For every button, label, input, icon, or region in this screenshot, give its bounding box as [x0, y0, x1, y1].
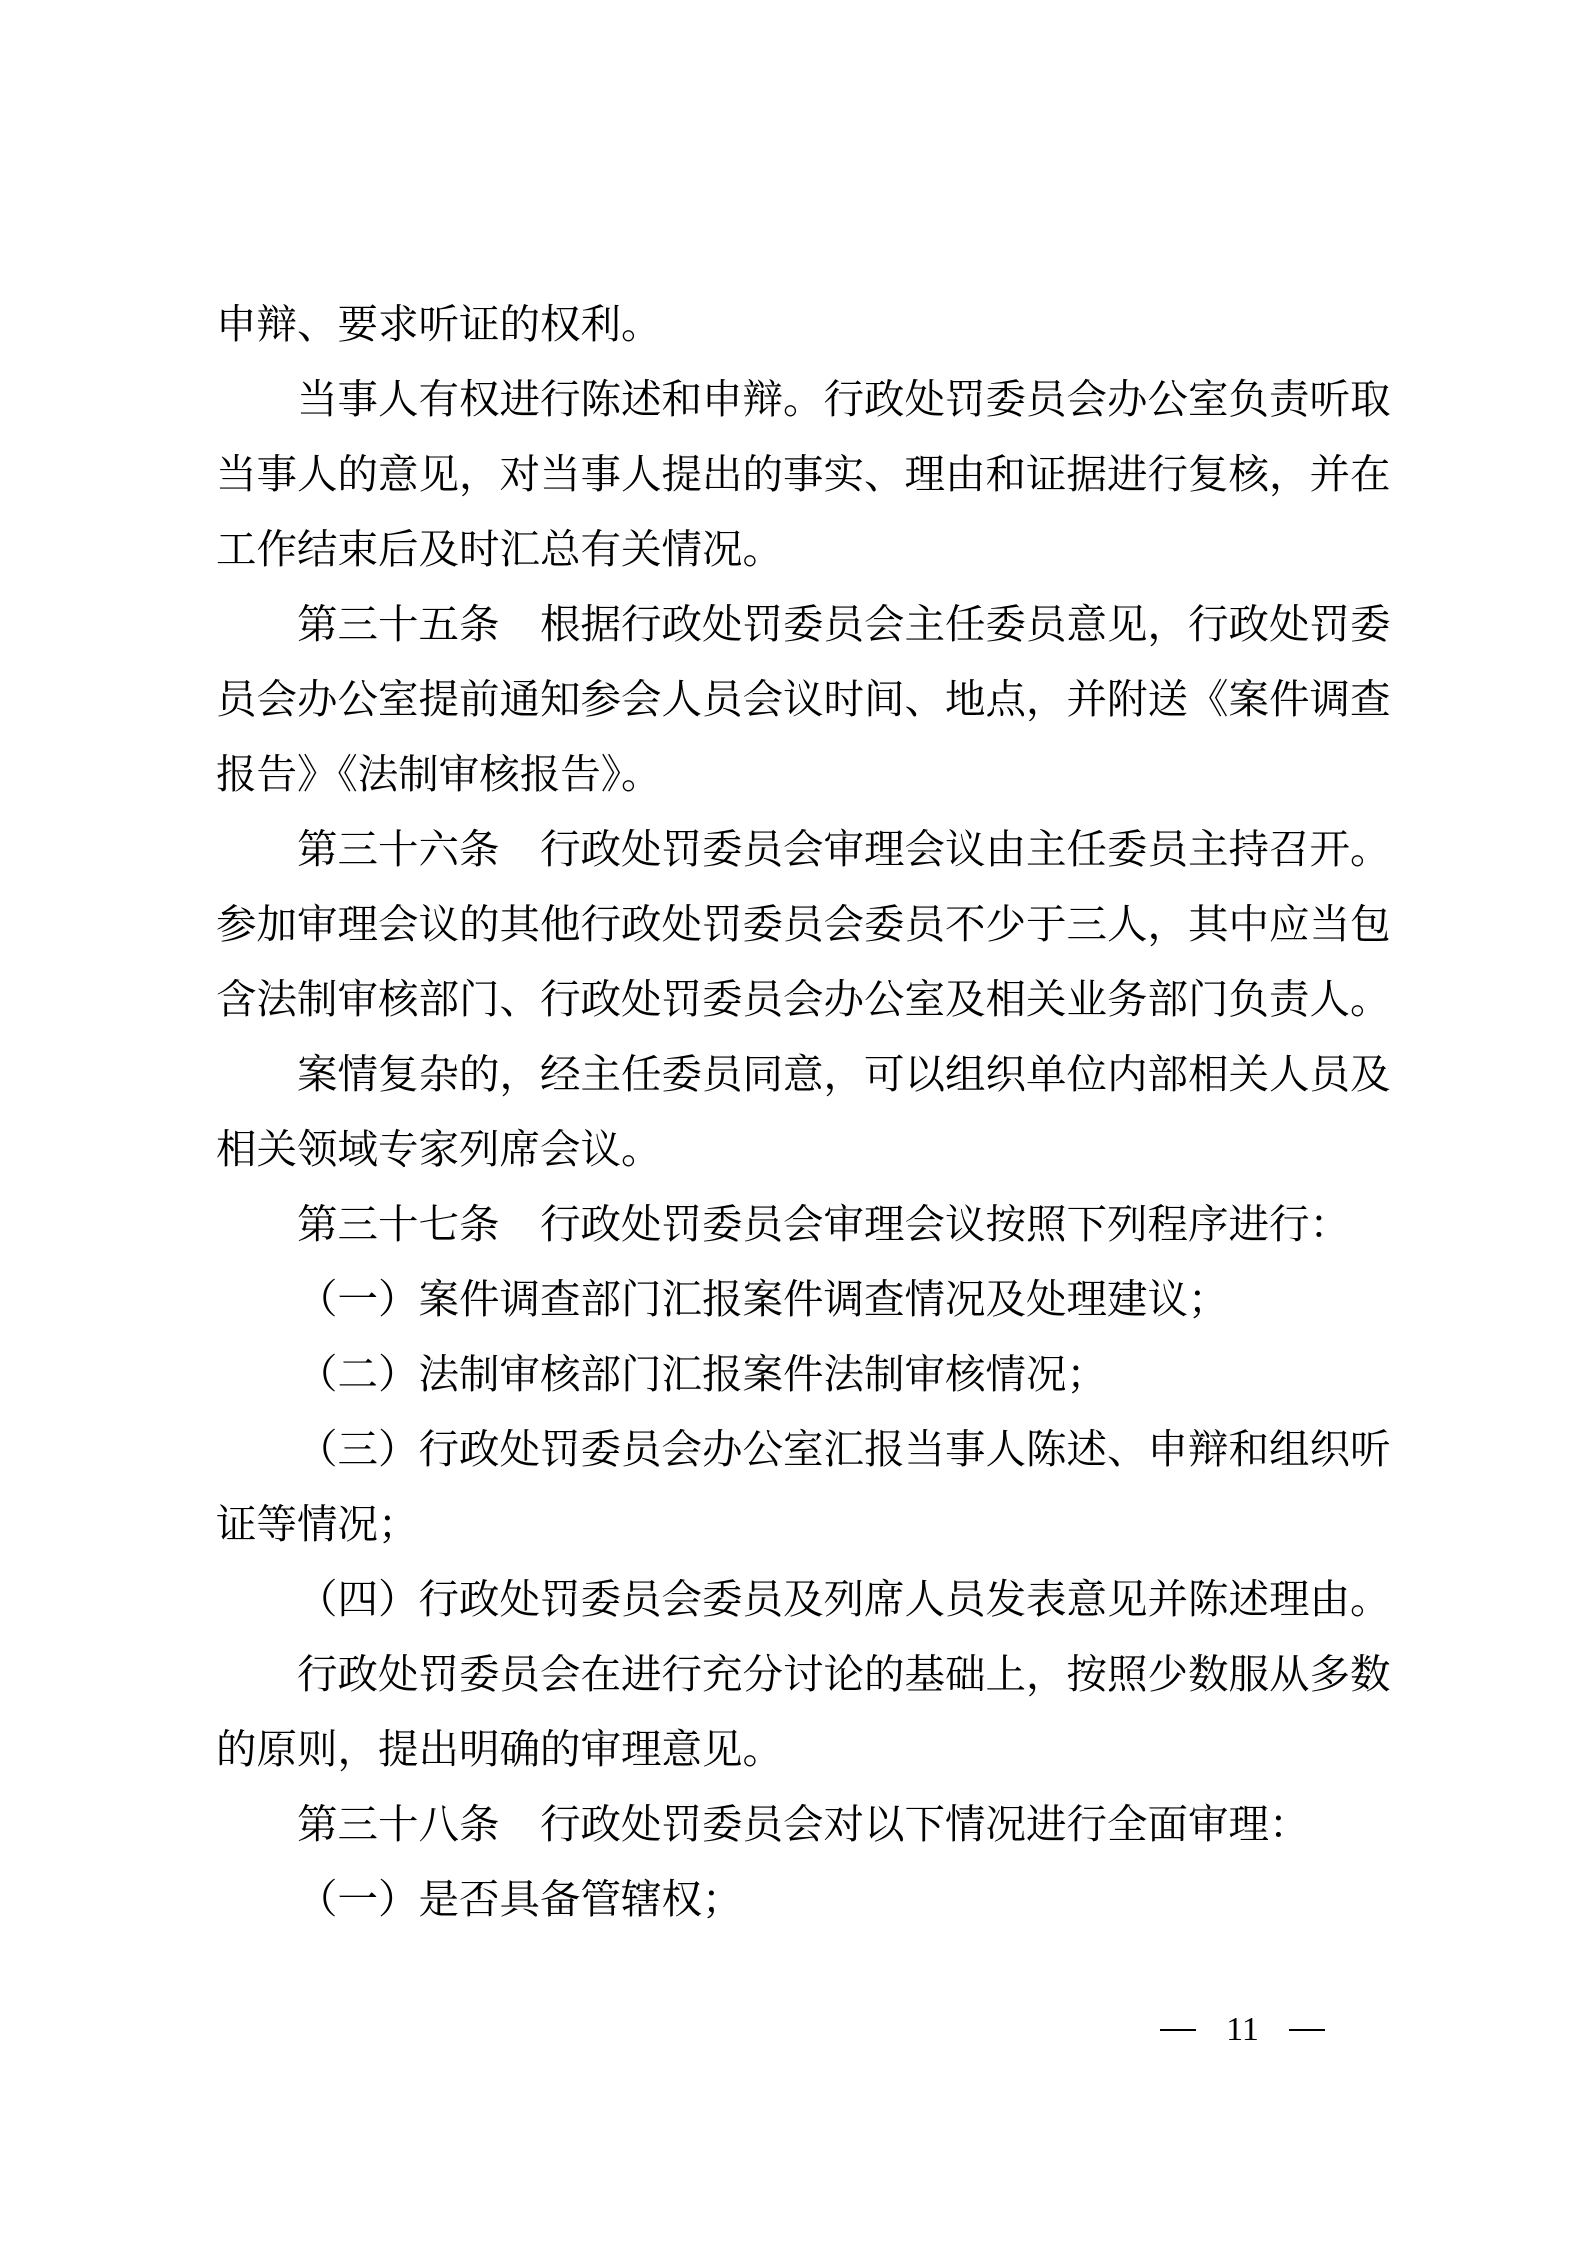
page-number: 11 — [1226, 2008, 1259, 2052]
text-line: 报告》《法制审核报告》。 — [216, 737, 1390, 812]
list-item: （一）是否具备管辖权； — [216, 1862, 1390, 1937]
article-36-heading-line: 第三十六条 行政处罚委员会审理会议由主任委员主持召开。 — [216, 812, 1390, 887]
text-line: 含法制审核部门、行政处罚委员会办公室及相关业务部门负责人。 — [216, 962, 1390, 1037]
article-35-heading-line: 第三十五条 根据行政处罚委员会主任委员意见，行政处罚委 — [216, 587, 1390, 662]
text-line: 参加审理会议的其他行政处罚委员会委员不少于三人，其中应当包 — [216, 887, 1390, 962]
text-line: 的原则，提出明确的审理意见。 — [216, 1712, 1390, 1787]
dash-right-decoration — [1289, 2029, 1325, 2031]
text-line: 工作结束后及时汇总有关情况。 — [216, 512, 1390, 587]
text-line: 申辩、要求听证的权利。 — [216, 287, 1390, 362]
document-body: 申辩、要求听证的权利。 当事人有权进行陈述和申辩。行政处罚委员会办公室负责听取 … — [216, 287, 1390, 1937]
text-line: 当事人的意见，对当事人提出的事实、理由和证据进行复核，并在 — [216, 437, 1390, 512]
article-38-heading-line: 第三十八条 行政处罚委员会对以下情况进行全面审理： — [216, 1787, 1390, 1862]
dash-left-decoration — [1160, 2029, 1196, 2031]
text-line: 相关领域专家列席会议。 — [216, 1112, 1390, 1187]
list-item: （一）案件调查部门汇报案件调查情况及处理建议； — [216, 1262, 1390, 1337]
text-line: 员会办公室提前通知参会人员会议时间、地点，并附送《案件调查 — [216, 662, 1390, 737]
text-line: 当事人有权进行陈述和申辩。行政处罚委员会办公室负责听取 — [216, 362, 1390, 437]
text-line: 案情复杂的，经主任委员同意，可以组织单位内部相关人员及 — [216, 1037, 1390, 1112]
list-item: （四）行政处罚委员会委员及列席人员发表意见并陈述理由。 — [216, 1562, 1390, 1637]
list-item: （二）法制审核部门汇报案件法制审核情况； — [216, 1337, 1390, 1412]
text-line: 证等情况； — [216, 1487, 1390, 1562]
page-number-footer: 11 — [1160, 2008, 1325, 2052]
list-item: （三）行政处罚委员会办公室汇报当事人陈述、申辩和组织听 — [216, 1412, 1390, 1487]
article-37-heading-line: 第三十七条 行政处罚委员会审理会议按照下列程序进行： — [216, 1187, 1390, 1262]
text-line: 行政处罚委员会在进行充分讨论的基础上，按照少数服从多数 — [216, 1637, 1390, 1712]
document-page: 申辩、要求听证的权利。 当事人有权进行陈述和申辩。行政处罚委员会办公室负责听取 … — [0, 0, 1587, 2245]
